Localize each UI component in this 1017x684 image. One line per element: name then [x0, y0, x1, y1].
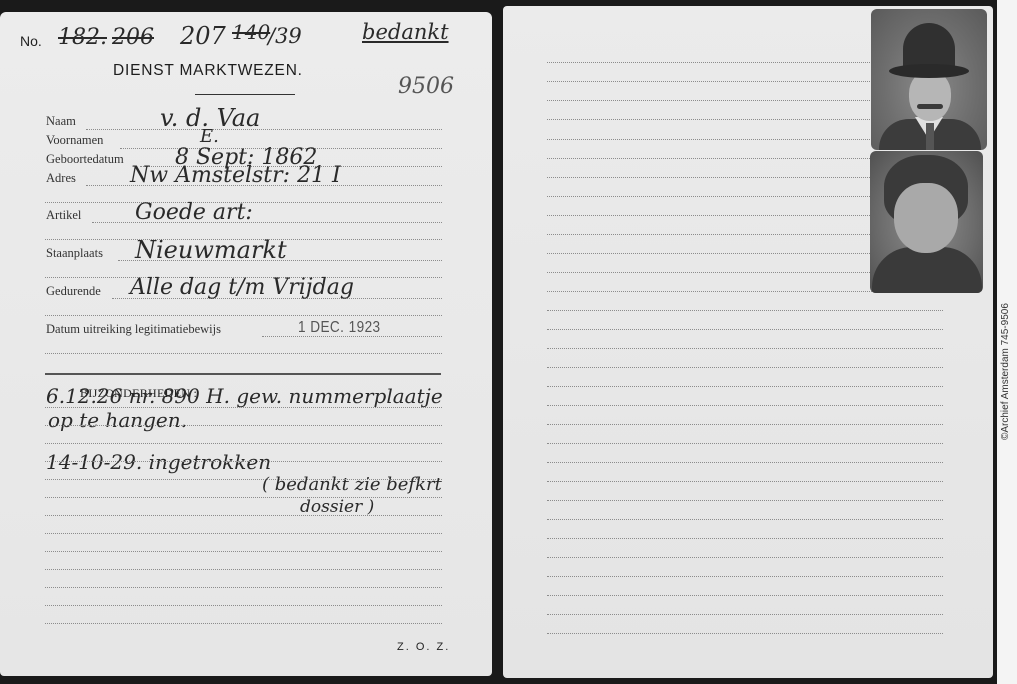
dotted-line: [45, 479, 442, 480]
field-label-naam: Naam: [46, 114, 76, 129]
number-suffix: /39: [268, 24, 302, 48]
dotted-line: [547, 196, 872, 197]
field-label-geboortedatum: Geboortedatum: [46, 152, 124, 167]
struck-number: 206: [112, 25, 154, 50]
dotted-line: [45, 623, 442, 624]
dotted-line: [547, 215, 872, 216]
dotted-line: [547, 633, 943, 634]
dotted-line: [547, 462, 943, 463]
card-title: DIENST MARKTWEZEN.: [113, 62, 303, 80]
dotted-line: [547, 557, 943, 558]
dotted-line: [547, 614, 943, 615]
dotted-line: [45, 515, 442, 516]
field-label-staanplaats: Staanplaats: [46, 246, 103, 261]
field-value-adres: Nw Amstelstr: 21 I: [130, 163, 341, 188]
dotted-line: [45, 425, 442, 426]
dotted-line: [547, 500, 943, 501]
face: [894, 183, 958, 253]
dotted-line: [547, 329, 943, 330]
portrait-photo-woman: [870, 151, 983, 293]
mustache: [917, 104, 943, 109]
dotted-line: [45, 315, 442, 316]
dotted-line: [547, 576, 943, 577]
dotted-line: [547, 405, 943, 406]
dotted-line: [547, 538, 943, 539]
face: [909, 71, 951, 121]
dotted-line: [547, 177, 872, 178]
dotted-line: [547, 291, 872, 292]
dotted-line: [547, 519, 943, 520]
dotted-line: [547, 310, 943, 311]
field-label-gedurende: Gedurende: [46, 284, 101, 299]
field-value-artikel: Goede art:: [135, 200, 253, 225]
dotted-line: [547, 62, 872, 63]
field-label-artikel: Artikel: [46, 208, 81, 223]
dotted-line: [547, 367, 943, 368]
dotted-line: [45, 353, 442, 354]
dotted-line: [547, 386, 943, 387]
dotted-line: [547, 234, 872, 235]
dotted-line: [547, 100, 872, 101]
dotted-line: [547, 81, 872, 82]
field-label-datum-uitreiking: Datum uitreiking legitimatiebewijs: [46, 322, 221, 337]
dotted-line: [547, 595, 943, 596]
coat: [872, 247, 982, 293]
dotted-line: [547, 253, 872, 254]
note-line: 6.12.26 nr. 890 H. gew. nummerplaatje: [46, 384, 443, 408]
dotted-line: [45, 551, 442, 552]
title-divider: [195, 94, 295, 95]
field-label-voornamen: Voornamen: [46, 133, 103, 148]
dotted-line: [547, 424, 943, 425]
note-line: 14-10-29. ingetrokken: [46, 450, 271, 474]
current-number: 207: [180, 22, 226, 50]
issue-date-stamp: 1 DEC. 1923: [298, 319, 381, 337]
dotted-line: [547, 348, 943, 349]
struck-number: 140: [232, 20, 270, 44]
field-label-adres: Adres: [46, 171, 76, 186]
struck-number: 182.: [58, 25, 107, 50]
dotted-line: [45, 407, 442, 408]
section-divider: [45, 373, 441, 375]
field-value-voornamen: E.: [200, 126, 219, 147]
dotted-line: [547, 158, 872, 159]
dotted-line: [45, 443, 442, 444]
dotted-line: [547, 443, 943, 444]
tie: [926, 123, 934, 150]
field-value-staanplaats: Nieuwmarkt: [135, 236, 287, 264]
status-note: bedankt: [362, 20, 449, 44]
note-line: op te hangen.: [48, 408, 187, 432]
dotted-line: [45, 605, 442, 606]
portrait-photo-man: [871, 9, 987, 150]
number-label: No.: [20, 33, 42, 49]
note-line: dossier ): [300, 497, 374, 517]
dotted-line: [45, 587, 442, 588]
dotted-line: [45, 533, 442, 534]
note-line: ( bedankt zie befkrt: [262, 474, 442, 495]
dotted-line: [45, 461, 442, 462]
dotted-line: [547, 481, 943, 482]
footer-zoz: Z. O. Z.: [397, 641, 450, 653]
dotted-line: [45, 569, 442, 570]
archive-number: 9506: [398, 74, 454, 99]
field-value-gedurende: Alle dag t/m Vrijdag: [130, 275, 354, 300]
dotted-line: [547, 272, 872, 273]
dotted-line: [547, 139, 872, 140]
dotted-line: [547, 119, 872, 120]
archive-credit: ©Archief Amsterdam 745-9506: [1000, 303, 1011, 440]
dotted-line: [45, 497, 442, 498]
hat-brim: [889, 64, 969, 78]
dotted-line: [86, 129, 442, 130]
